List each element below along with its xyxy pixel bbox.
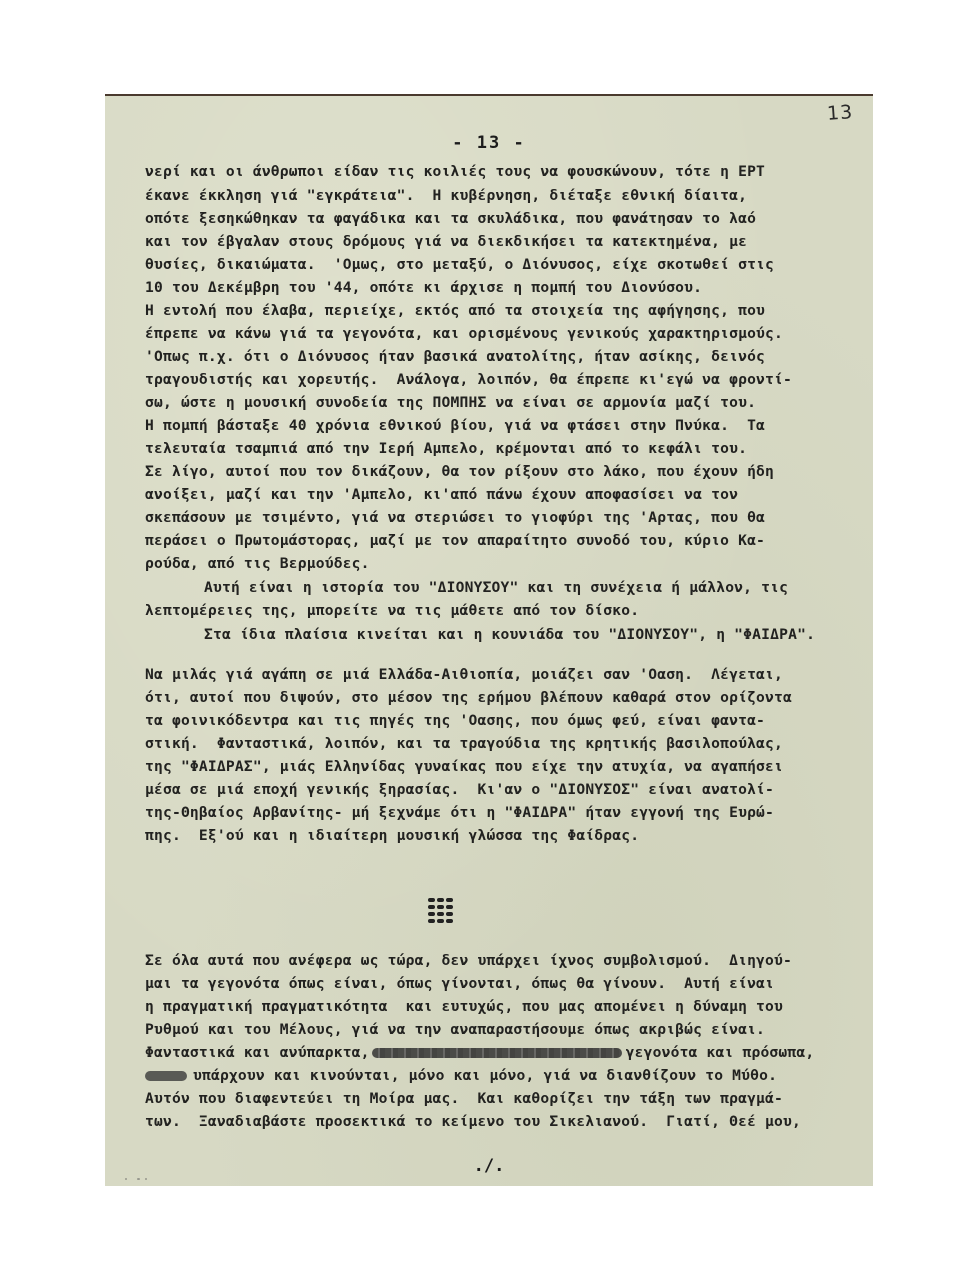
text-line: τελευταία τσαμπιά από την Ιερή Αμπελο, κ… bbox=[145, 440, 747, 458]
paper-speck bbox=[145, 1178, 147, 1180]
paper-speck bbox=[137, 1178, 140, 1180]
text-line: της-Θηβαίος Αρβανίτης- μή ξεχνάμε ότι η … bbox=[145, 804, 774, 822]
text-line: πης. Εξ'ού και η ιδιαίτερη μουσική γλώσσ… bbox=[145, 827, 639, 845]
text-line: μαι τα γεγονότα όπως είναι, όπως γίνοντα… bbox=[145, 975, 774, 993]
text-line: 'Οπως π.χ. ότι ο Διόνυσος ήταν βασικά αν… bbox=[145, 348, 765, 366]
scribbled-out-word bbox=[145, 1071, 187, 1081]
handwritten-page-number: 13 bbox=[826, 101, 854, 125]
paper-speck bbox=[125, 1178, 127, 1180]
text-line: Να μιλάς γιά αγάπη σε μιά Ελλάδα-Αιθιοπί… bbox=[145, 666, 783, 684]
paper-speck bbox=[355, 1076, 357, 1078]
text-fragment: Φανταστικά και ανύπαρκτα, bbox=[145, 1044, 370, 1061]
text-line: της "ΦΑΙΔΡΑΣ", μιάς Ελληνίδας γυναίκας π… bbox=[145, 758, 783, 776]
text-line: και τον έβγαλαν στους δρόμους γιά να διε… bbox=[145, 233, 747, 251]
typed-page-number: - 13 - bbox=[105, 133, 873, 153]
text-line: Ρυθμού και του Μέλους, γιά να την αναπαρ… bbox=[145, 1021, 765, 1039]
text-line-with-strikeout: Φανταστικά και ανύπαρκτα,γεγονότα και πρ… bbox=[145, 1044, 814, 1062]
text-line: νερί και οι άνθρωποι είδαν τις κοιλιές τ… bbox=[145, 163, 765, 181]
text-line: στική. Φανταστικά, λοιπόν, και τα τραγού… bbox=[145, 735, 783, 753]
text-line: Η πομπή βάσταξε 40 χρόνια εθνικού βίου, … bbox=[145, 417, 765, 435]
text-line: σω, ώστε η μουσική συνοδεία της ΠΟΜΠΗΣ ν… bbox=[145, 394, 756, 412]
text-line: Αυτή είναι η ιστορία του "ΔΙΟΝΥΣΟΥ" και … bbox=[204, 579, 788, 597]
text-line: τα φοινικόδεντρα και τις πηγές της 'Οαση… bbox=[145, 712, 765, 730]
text-line: σκεπάσουν με τσιμέντο, γιά να στεριώσει … bbox=[145, 509, 765, 527]
text-line: ότι, αυτοί που διψούν, στο μέσον της ερή… bbox=[145, 689, 792, 707]
struck-out-text bbox=[372, 1048, 622, 1058]
text-line: ανοίξει, μαζί και την 'Αμπελο, κι'από πά… bbox=[145, 486, 738, 504]
text-line: Σε όλα αυτά που ανέφερα ως τώρα, δεν υπά… bbox=[145, 952, 792, 970]
text-line: ρούδα, από τις Βερμούδες. bbox=[145, 555, 370, 573]
text-line: η πραγματική πραγματικότητα και ευτυχώς,… bbox=[145, 998, 783, 1016]
text-fragment: υπάρχουν και κινούνται, μόνο και μόνο, γ… bbox=[193, 1067, 777, 1084]
text-line: περάσει ο Πρωτομάστορας, μαζί με τον απα… bbox=[145, 532, 765, 550]
text-line: Αυτόν που διαφεντεύει τη Μοίρα μας. Και … bbox=[145, 1090, 783, 1108]
text-line: λεπτομέρειες της, μπορείτε να τις μάθετε… bbox=[145, 602, 639, 620]
text-line: έπρεπε να κάνω γιά τα γεγονότα, και ορισ… bbox=[145, 325, 783, 343]
typewritten-page: 13 - 13 - νερί και οι άνθρωποι είδαν τις… bbox=[105, 94, 873, 1186]
text-line: 10 του Δεκέμβρη του '44, οπότε κι άρχισε… bbox=[145, 279, 702, 297]
text-line: Σε λίγο, αυτοί που τον δικάζουν, θα τον … bbox=[145, 463, 774, 481]
section-divider-ornament bbox=[428, 898, 454, 923]
text-line: θυσίες, δικαιώματα. 'Ομως, στο μεταξύ, ο… bbox=[145, 256, 774, 274]
text-line: μέσα σε μιά εποχή γενικής ξηρασίας. Κι'α… bbox=[145, 781, 774, 799]
text-line: των. Ξαναδιαβάστε προσεκτικά το κείμενο … bbox=[145, 1113, 801, 1131]
text-line-with-scribble: υπάρχουν και κινούνται, μόνο και μόνο, γ… bbox=[145, 1067, 777, 1085]
text-line: Η εντολή που έλαβα, περιείχε, εκτός από … bbox=[145, 302, 765, 320]
text-line: οπότε ξεσηκώθηκαν τα φαγάδικα και τα σκυ… bbox=[145, 210, 756, 228]
text-fragment: γεγονότα και πρόσωπα, bbox=[626, 1044, 815, 1061]
text-line: Στα ίδια πλαίσια κινείται και η κουνιάδα… bbox=[204, 626, 815, 644]
continuation-mark: ./. bbox=[105, 1156, 873, 1176]
text-line: τραγουδιστής και χορευτής. Ανάλογα, λοιπ… bbox=[145, 371, 792, 389]
text-line: έκανε έκκληση γιά "εγκράτεια". Η κυβέρνη… bbox=[145, 187, 747, 205]
